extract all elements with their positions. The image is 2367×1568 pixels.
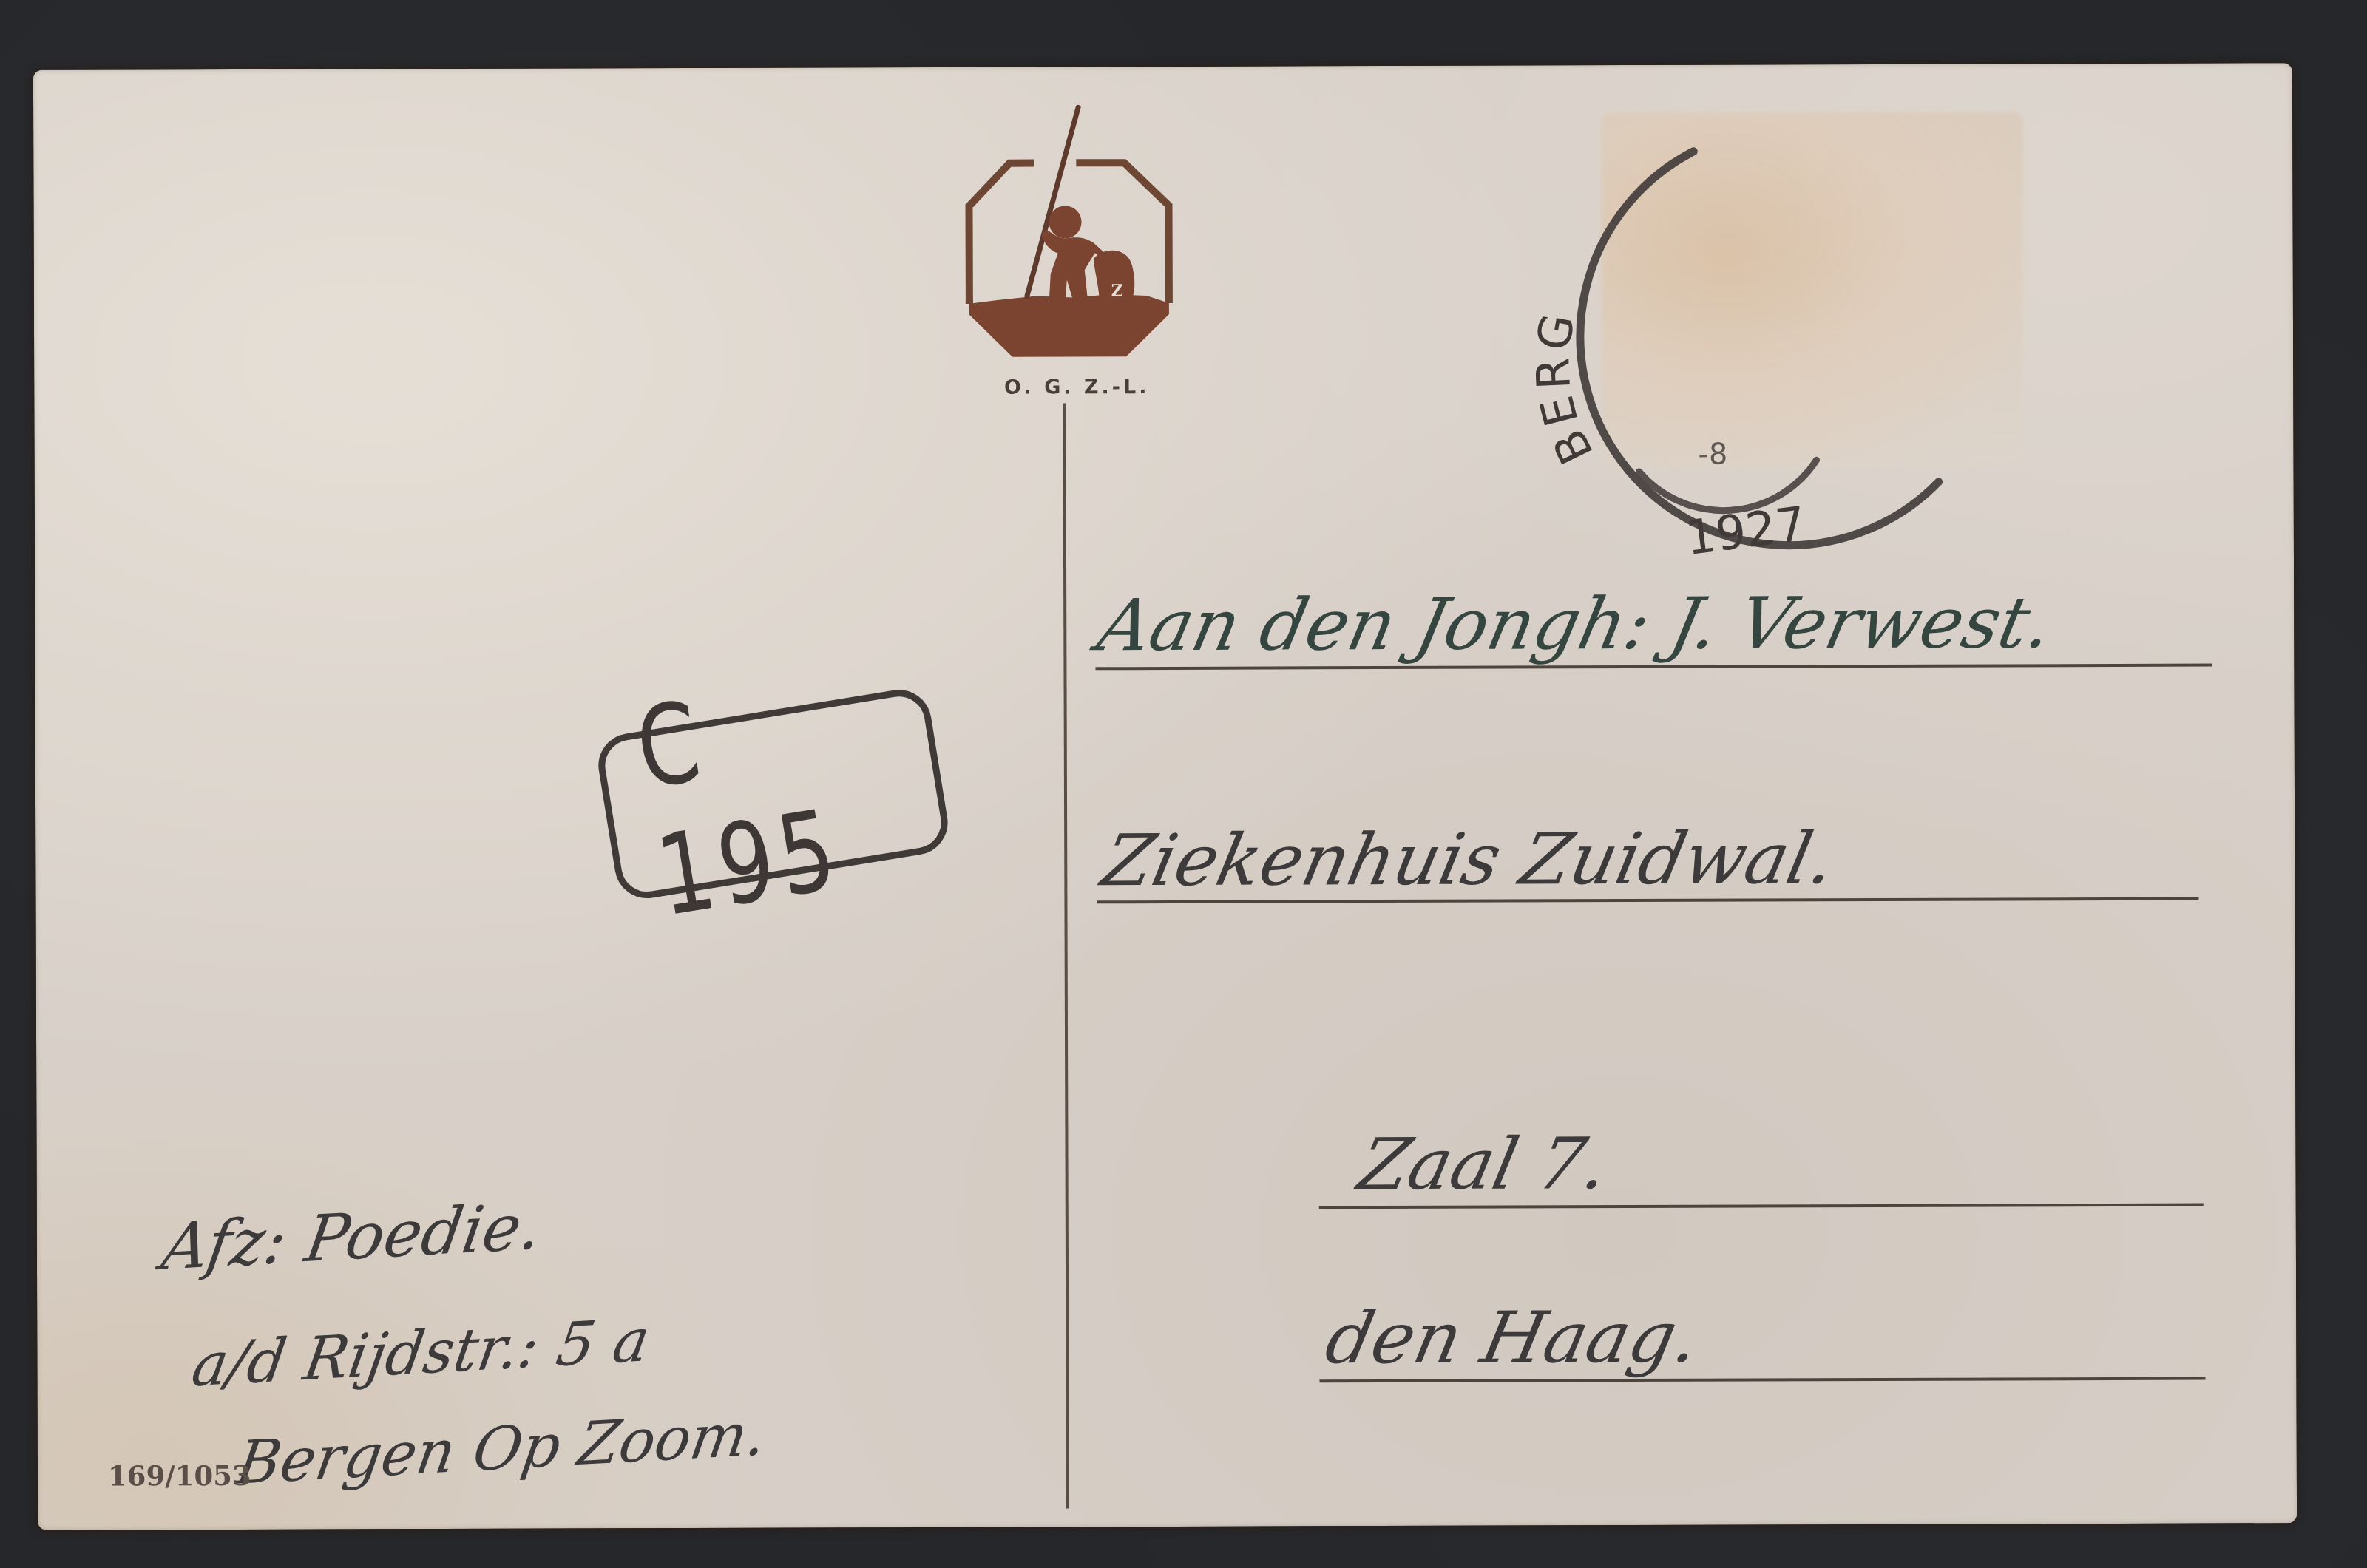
- postmark-circle-icon: BERG -8 1927: [1505, 135, 1957, 587]
- sender-line-3: Bergen Op Zoom.: [232, 1399, 771, 1499]
- recipient-line-1: Aan den Jongh: J. Verwest.: [1091, 581, 2060, 667]
- registration-number: C 195: [628, 647, 918, 941]
- postcard: Z O. G. Z.-L. BERG -8 1927 C 195 Aan den…: [33, 63, 2297, 1530]
- svg-text:BERG: BERG: [1525, 305, 1604, 473]
- svg-text:Z: Z: [1111, 281, 1123, 300]
- octagon-boy-with-spear-and-shield-icon: Z: [954, 81, 1199, 370]
- publisher-logo: Z O. G. Z.-L.: [954, 81, 1199, 430]
- sender-line-1: Afz: Poedie.: [157, 1189, 546, 1285]
- postmark: BERG -8 1927: [1505, 135, 1957, 587]
- postmark-date: -8: [1698, 438, 1727, 472]
- postmark-town: BERG: [1525, 305, 1604, 473]
- recipient-line-3: Zaal 7.: [1352, 1122, 1616, 1206]
- address-divider-line: [1063, 403, 1069, 1508]
- sender-line-2: a/d Rijdstr.: 5 a: [188, 1306, 654, 1400]
- card-serial-number: 169/1053: [108, 1459, 251, 1493]
- recipient-line-2: Ziekenhuis Zuidwal.: [1096, 817, 1843, 902]
- registration-box-stamp: C 195: [594, 685, 952, 903]
- publisher-caption: O. G. Z.-L.: [955, 376, 1199, 399]
- recipient-line-4: den Haag.: [1319, 1296, 1707, 1380]
